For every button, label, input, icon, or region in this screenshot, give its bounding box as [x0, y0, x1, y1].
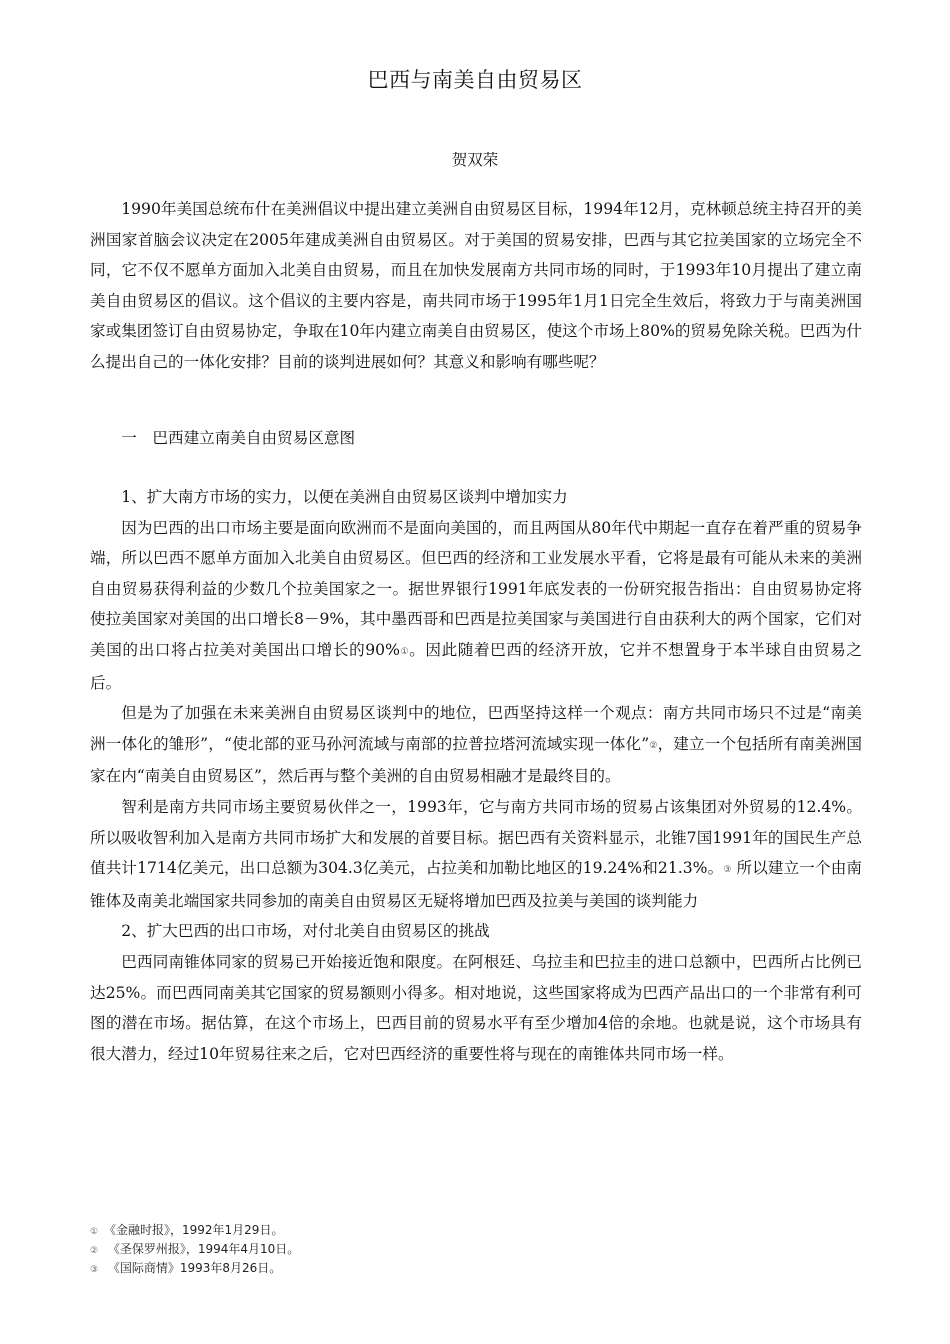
page-title: 巴西与南美自由贸易区 — [0, 64, 950, 94]
footnote-mark: ② — [90, 1243, 104, 1260]
footnote-3: ③ 《国际商情》1993年8月26日。 — [90, 1260, 690, 1279]
footnote-ref-1[interactable]: ① — [400, 647, 409, 657]
footnote-mark: ③ — [90, 1262, 104, 1279]
paragraph-text: 因为巴西的出口市场主要是面向欧洲而不是面向美国的，而且两国从80年代中期起一直存… — [90, 519, 862, 659]
intro-block: 1990年美国总统布什在美洲倡议中提出建立美洲自由贸易区目标，1994年12月，… — [90, 194, 862, 378]
footnote-2: ② 《圣保罗州报》，1994年4月10日。 — [90, 1241, 690, 1260]
document-page: 巴西与南美自由贸易区 贺双荣 1990年美国总统布什在美洲倡议中提出建立美洲自由… — [0, 0, 950, 1344]
section-heading-1: 一 巴西建立南美自由贸易区意图 — [90, 423, 862, 454]
paragraph: 因为巴西的出口市场主要是面向欧洲而不是面向美国的，而且两国从80年代中期起一直存… — [90, 513, 862, 699]
footnote-ref-2[interactable]: ② — [649, 741, 657, 751]
footnote-mark: ① — [90, 1224, 104, 1241]
footnote-text: 《金融时报》，1992年1月29日。 — [104, 1223, 283, 1237]
subsection-heading-1: 1、扩大南方市场的实力，以便在美洲自由贸易区谈判中增加实力 — [90, 482, 862, 513]
paragraph: 巴西同南锥体同家的贸易已开始接近饱和限度。在阿根廷、乌拉圭和巴拉圭的进口总额中，… — [90, 947, 862, 1069]
intro-paragraph: 1990年美国总统布什在美洲倡议中提出建立美洲自由贸易区目标，1994年12月，… — [90, 194, 862, 378]
footnotes: ①《金融时报》，1992年1月29日。 ② 《圣保罗州报》，1994年4月10日… — [90, 1222, 690, 1279]
section-1-block: 一 巴西建立南美自由贸易区意图 — [90, 423, 862, 454]
paragraph: 智利是南方共同市场主要贸易伙伴之一，1993年，它与南方共同市场的贸易占该集团对… — [90, 792, 862, 916]
subsection-1-block: 1、扩大南方市场的实力，以便在美洲自由贸易区谈判中增加实力 因为巴西的出口市场主… — [90, 482, 862, 1069]
paragraph: 但是为了加强在未来美洲自由贸易区谈判中的地位，巴西坚持这样一个观点：南方共同市场… — [90, 698, 862, 792]
footnote-1: ①《金融时报》，1992年1月29日。 — [90, 1222, 690, 1241]
footnote-text: 《圣保罗州报》，1994年4月10日。 — [104, 1242, 299, 1256]
footnote-text: 《国际商情》1993年8月26日。 — [104, 1261, 281, 1275]
subsection-heading-2: 2、扩大巴西的出口市场，对付北美自由贸易区的挑战 — [90, 916, 862, 947]
author-name: 贺双荣 — [0, 148, 950, 170]
